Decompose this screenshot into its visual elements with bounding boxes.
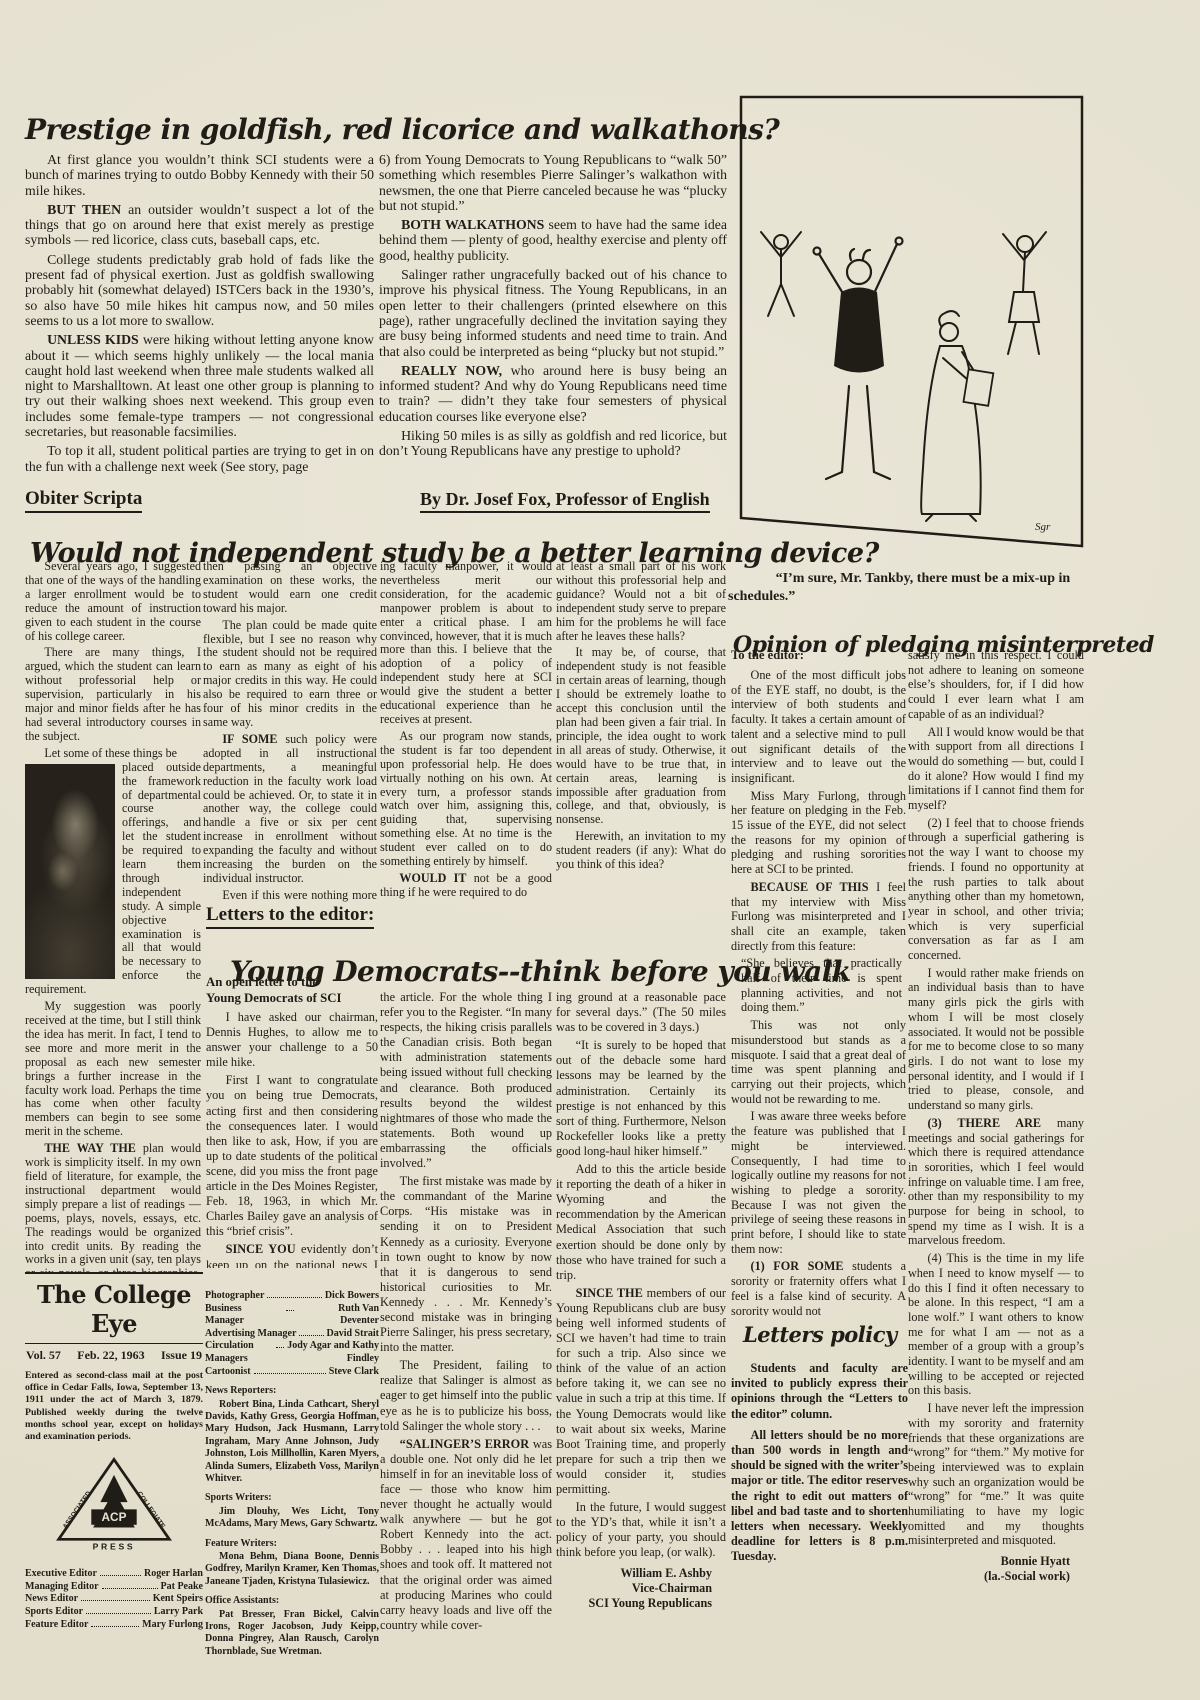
dotted-leader [100, 1575, 141, 1576]
walkathons-paragraph: BUT THEN an outsider wouldn’t suspect a … [25, 202, 374, 248]
signature-title: (la.-Social work) [908, 1569, 1070, 1584]
fox-column-3: ing faculty manpower, it would neverthel… [380, 560, 552, 965]
paper-title: The College Eye [25, 1274, 203, 1343]
pledging-column-1: One of the most difficult jobs of the EY… [731, 668, 906, 1316]
dotted-leader [267, 1297, 321, 1298]
fox-paragraph: ing faculty manpower, it would neverthel… [380, 560, 552, 727]
fox-paragraph: It may be, of course, that independent s… [556, 646, 726, 827]
obiter-scripta-kicker: Obiter Scripta [25, 488, 142, 513]
fox-paragraph: There are many things, I argued, which t… [25, 646, 201, 743]
yd-paragraph: First I want to congratulate you on bein… [206, 1073, 378, 1239]
masthead: The College Eye Vol. 57 Feb. 22, 1963 Is… [25, 1272, 203, 1631]
staff-row: PhotographerDick Bowers [205, 1290, 379, 1303]
yd-paragraph: SINCE YOU evidently don’t keep up on the… [206, 1242, 378, 1268]
dotted-leader [81, 1600, 150, 1601]
yd-paragraph: SINCE THE members of our Young Republica… [556, 1286, 726, 1497]
cartoonist-signature: Sgr [1035, 521, 1051, 533]
fox-paragraph: My suggestion was poorly received at the… [25, 1000, 201, 1139]
yd-signature: William E. AshbyVice-ChairmanSCI Young R… [556, 1566, 726, 1611]
fox-paragraph: As our program now stands, the student i… [380, 730, 552, 869]
newspaper-page: Prestige in goldfish, red licorice and w… [0, 0, 1200, 1700]
staff-group: News Reporters:Robert Bina, Linda Cathca… [205, 1385, 379, 1485]
volume-row: Vol. 57 Feb. 22, 1963 Issue 19 [25, 1344, 203, 1368]
jumping-jack-figure [761, 232, 801, 316]
pledging-paragraph: All I would know would be that with supp… [908, 725, 1084, 813]
yd-opener-line: An open letter to the [206, 974, 378, 990]
pledging-column-2: satisfy me in this respect. I could not … [908, 648, 1084, 1692]
walkathons-paragraph: REALLY NOW, who around here is busy bein… [379, 363, 727, 424]
staff-row: CartoonistSteve Clark [205, 1366, 379, 1379]
pledging-paragraph: (2) I feel that to choose friends throug… [908, 816, 1084, 963]
fox-column-2: then passing an objective examination on… [203, 560, 377, 904]
yd-paragraph: Add to this the article beside it report… [556, 1162, 726, 1283]
staff-groups: News Reporters:Robert Bina, Linda Cathca… [205, 1385, 379, 1658]
pledging-paragraph: One of the most difficult jobs of the EY… [731, 668, 906, 786]
pledging-paragraph: (1) FOR SOME students a sorority or frat… [731, 1259, 906, 1316]
yd-paragraph: the article. For the whole thing I refer… [380, 990, 552, 1171]
fox-paragraph: Herewith, an invitation to my student re… [556, 830, 726, 872]
walkathons-paragraph: Salinger rather ungracefully backed out … [379, 267, 727, 359]
pledging-paragraph: Miss Mary Furlong, through her feature o… [731, 789, 906, 877]
acp-collegiate-label: COLLEGIATE [135, 1491, 166, 1531]
editor-row: Sports EditorLarry Park [25, 1606, 203, 1619]
yd-paragraph: In the future, I would suggest to the YD… [556, 1500, 726, 1560]
fox-paragraph: THE WAY THE plan would work is simplicit… [25, 1142, 201, 1274]
staff-row: Business ManagerRuth Van Deventer [205, 1303, 379, 1328]
yd-paragraph: The first mistake was made by the comman… [380, 1174, 552, 1355]
walkathons-headline: Prestige in goldfish, red licorice and w… [25, 113, 779, 146]
pledging-paragraph: (3) THERE ARE many meetings and social g… [908, 1116, 1084, 1248]
acp-label: ACP [102, 1510, 127, 1524]
fox-paragraph-photo-wrap: placed outside the framework of departme… [25, 761, 201, 997]
yd-column-2: the article. For the whole thing I refer… [380, 990, 552, 1698]
staff-listing: PhotographerDick Bowers Business Manager… [205, 1290, 379, 1658]
letters-policy: Letters policy Students and faculty are … [731, 1322, 908, 1568]
fox-paragraph: The plan could be made quite flexible, b… [203, 619, 377, 730]
fox-column-1: Several years ago, I suggested that one … [25, 560, 201, 1274]
fox-paragraph: Several years ago, I suggested that one … [25, 560, 201, 643]
yd-paragraph: I have asked our chairman, Dennis Hughes… [206, 1010, 378, 1070]
signature-line: SCI Young Republicans [556, 1596, 712, 1611]
walkathons-paragraph: College students predictably grab hold o… [25, 252, 374, 328]
pledging-paragraph: I was aware three weeks before the featu… [731, 1109, 906, 1256]
fox-byline: By Dr. Josef Fox, Professor of English [420, 489, 710, 513]
second-class-notice: Entered as second-class mail at the post… [25, 1370, 203, 1443]
staff-row: Circulation ManagersJody Agar and Kathy … [205, 1340, 379, 1365]
pledging-paragraph: (4) This is the time in my life when I n… [908, 1251, 1084, 1398]
signature-name: Bonnie Hyatt [908, 1554, 1070, 1569]
date: Feb. 22, 1963 [77, 1348, 144, 1363]
dotted-leader [276, 1347, 284, 1348]
tank-suit [834, 288, 884, 373]
staff-group: Sports Writers:Jim Dlouhy, Wes Licht, To… [205, 1492, 379, 1530]
letters-policy-paragraph: All letters should be no more than 500 w… [731, 1428, 908, 1565]
staff-leaders: PhotographerDick Bowers Business Manager… [205, 1290, 379, 1378]
dotted-leader [86, 1613, 151, 1614]
fox-column-4: at least a small part of his work withou… [556, 560, 726, 955]
walkathons-paragraph: UNLESS KIDS were hiking without letting … [25, 332, 374, 439]
staff-group: Feature Writers:Mona Behm, Diana Boone, … [205, 1538, 379, 1589]
yd-paragraph: The President, failing to realize that S… [380, 1358, 552, 1433]
issue: Issue 19 [161, 1348, 202, 1363]
walkathons-paragraph: To top it all, student political parties… [25, 443, 374, 474]
pledging-paragraph: This was not only misunderstood but stan… [731, 1018, 906, 1106]
pledging-signature: Bonnie Hyatt (la.-Social work) [908, 1554, 1084, 1584]
volume: Vol. 57 [26, 1348, 61, 1363]
yd-opener: An open letter to the Young Democrats of… [206, 974, 378, 1006]
editorial-cartoon: Sgr [737, 94, 1086, 561]
signature-line: William E. Ashby [556, 1566, 712, 1581]
fox-paragraph: IF SOME such policy were adopted in all … [203, 733, 377, 886]
leaping-woman-figure [1003, 232, 1046, 354]
editors-list: Executive EditorRoger Harlan Managing Ed… [25, 1568, 203, 1631]
acp-associated-label: ASSOCIATED [62, 1490, 93, 1530]
yd-column-3: ing ground at a reasonable pace for seve… [556, 990, 726, 1660]
letters-policy-headline: Letters policy [743, 1322, 908, 1347]
dotted-leader [102, 1588, 158, 1589]
yd-paragraph: “SALINGER’S ERROR was a double one. Not … [380, 1437, 552, 1633]
yd-paragraph: ing ground at a reasonable pace for seve… [556, 990, 726, 1035]
walkathons-column-1: At first glance you wouldn’t think SCI s… [25, 152, 374, 486]
acp-press-label: PRESS [93, 1542, 136, 1552]
walkathons-paragraph: At first glance you wouldn’t think SCI s… [25, 152, 374, 198]
pledging-paragraph: satisfy me in this respect. I could not … [908, 648, 1084, 722]
fox-paragraph: Let some of these things be [25, 747, 201, 761]
dotted-leader [91, 1626, 139, 1627]
staff-group: Office Assistants:Pat Bresser, Fran Bick… [205, 1595, 379, 1658]
fox-paragraph: WOULD IT not be a good thing if he were … [380, 872, 552, 900]
pledging-paragraph: I would rather make friends on an indivi… [908, 966, 1084, 1113]
walkathons-paragraph: 6) from Young Democrats to Young Republi… [379, 152, 727, 213]
letters-kicker: Letters to the editor: [206, 904, 374, 929]
editor-row: Feature EditorMary Furlong [25, 1619, 203, 1632]
acp-press-logo: ACP ASSOCIATED COLLEGIATE PRESS [25, 1453, 203, 1558]
yd-column-1: I have asked our chairman, Dennis Hughes… [206, 1010, 378, 1268]
staff-row: Advertising ManagerDavid Strait [205, 1328, 379, 1341]
yd-opener-line: Young Democrats of SCI [206, 990, 378, 1006]
cartoon-caption: “I’m sure, Mr. Tankby, there must be a m… [728, 570, 1086, 606]
clipboard-woman-figure [921, 311, 993, 521]
cartoon-drawing: Sgr [737, 94, 1086, 556]
pledging-salutation: To the editor: [731, 648, 804, 663]
walkathons-paragraph: Hiking 50 miles is as silly as goldfish … [379, 428, 727, 459]
fox-paragraph: at least a small part of his work withou… [556, 560, 726, 643]
yd-paragraph: “It is surely to be hoped that out of th… [556, 1038, 726, 1159]
walkathons-paragraph: BOTH WALKATHONS seem to have had the sam… [379, 217, 727, 263]
editor-row: News EditorKent Speirs [25, 1593, 203, 1606]
signature-line: Vice-Chairman [556, 1581, 712, 1596]
fox-paragraph: Even if this were nothing more than a de… [203, 889, 377, 904]
pledging-paragraph: BECAUSE OF THIS I feel that my interview… [731, 880, 906, 954]
fox-paragraph: then passing an objective examination on… [203, 560, 377, 616]
dotted-leader [254, 1373, 326, 1374]
josef-fox-photo [25, 764, 115, 979]
dotted-leader [286, 1310, 294, 1311]
editor-row: Executive EditorRoger Harlan [25, 1568, 203, 1581]
pledging-paragraph: I have never left the impression with my… [908, 1401, 1084, 1548]
letters-policy-paragraph: Students and faculty are invited to publ… [731, 1361, 908, 1422]
walkathons-column-2: 6) from Young Democrats to Young Republi… [379, 152, 727, 486]
editor-row: Managing EditorPat Peake [25, 1581, 203, 1594]
dotted-leader [299, 1335, 323, 1336]
